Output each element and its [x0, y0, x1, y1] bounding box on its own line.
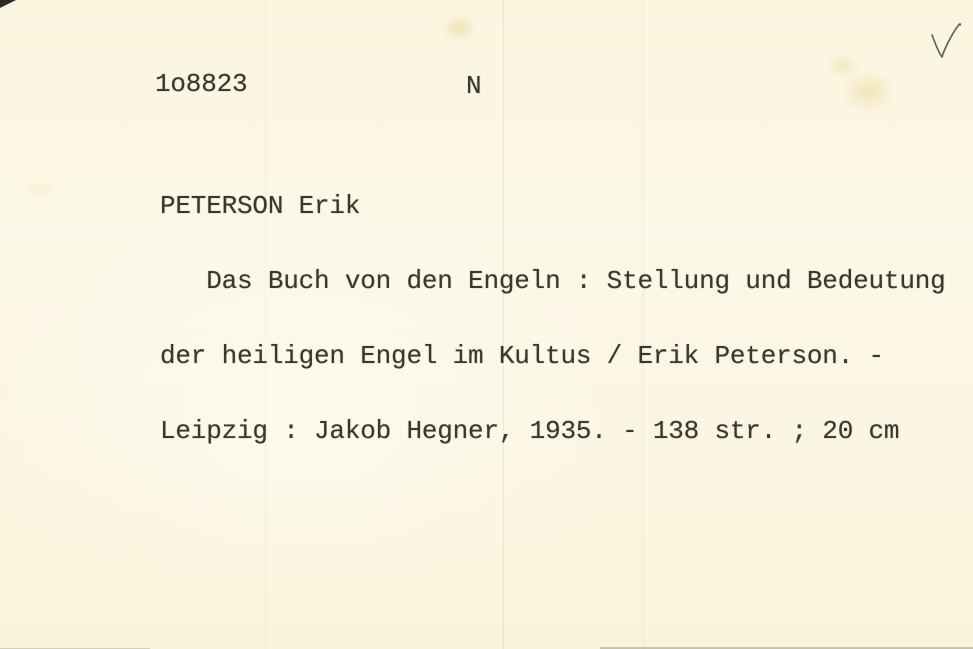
- scan-corner-mark: [0, 0, 16, 8]
- title-statement-line: Das Buch von den Engeln : Stellung und B…: [160, 269, 946, 294]
- title-statement-line: der heiligen Engel im Kultus / Erik Pete…: [160, 344, 946, 369]
- imprint-collation-line: Leipzig : Jakob Hegner, 1935. - 138 str.…: [160, 419, 946, 444]
- handwritten-check-icon: [928, 22, 966, 68]
- section-letter: N: [466, 74, 481, 99]
- call-number: 1o8823: [155, 72, 247, 97]
- author-heading: PETERSON Erik: [160, 194, 946, 219]
- catalog-card: 1o8823 N PETERSON Erik Das Buch von den …: [0, 0, 973, 649]
- bibliographic-entry: PETERSON Erik Das Buch von den Engeln : …: [160, 144, 946, 494]
